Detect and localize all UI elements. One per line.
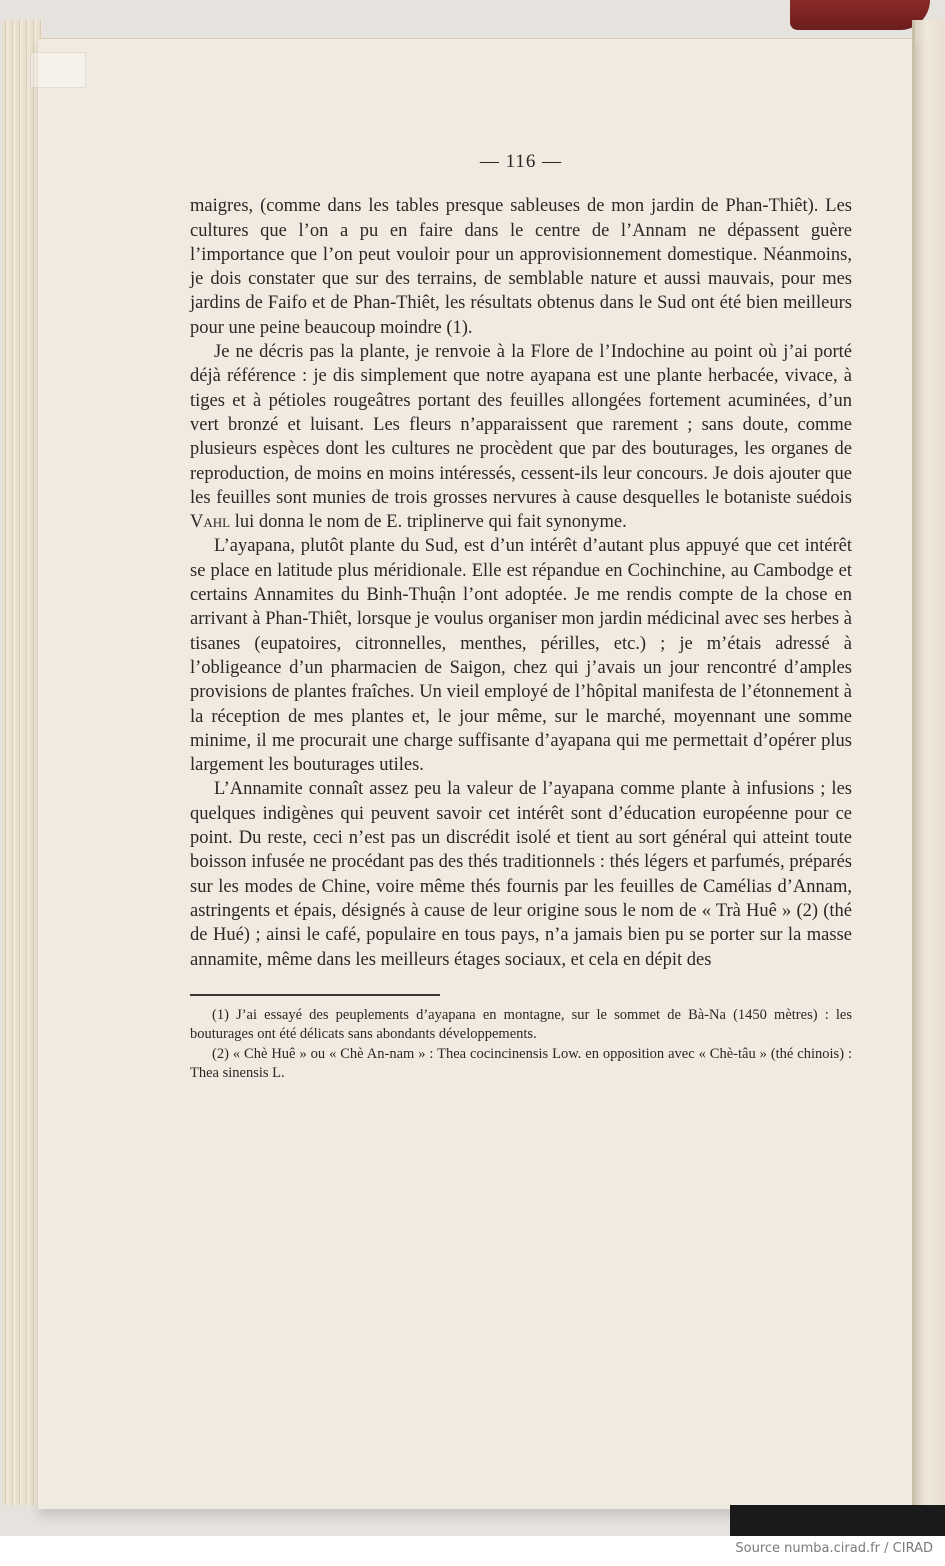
binding-shadow <box>730 1505 945 1536</box>
source-credit: Source numba.cirad.fr / CIRAD <box>735 1541 933 1556</box>
paragraph-text: Je ne décris pas la plante, je renvoie à… <box>190 342 852 508</box>
paragraph: Je ne décris pas la plante, je renvoie à… <box>190 340 852 534</box>
author-name: Vahl <box>190 512 230 532</box>
tape-mark <box>30 52 86 88</box>
book-cover-edge <box>790 0 930 30</box>
book-gutter <box>914 20 945 1508</box>
page-number: — 116 — <box>190 150 852 174</box>
paragraph: L’Annamite connaît assez peu la valeur d… <box>190 777 852 971</box>
page-text: — 116 — maigres, (comme dans les tables … <box>190 150 852 1084</box>
page-fold <box>912 20 915 1508</box>
paragraph-text: lui donna le nom de E. triplinerve qui f… <box>235 512 627 532</box>
paragraph: maigres, (comme dans les tables presque … <box>190 194 852 340</box>
footnote-rule <box>190 994 440 996</box>
footnote: (2) « Chè Huê » ou « Chè An-nam » : Thea… <box>190 1045 852 1084</box>
footnote: (1) J’ai essayé des peuplements d’ayapan… <box>190 1006 852 1045</box>
page-stack-edges <box>2 20 42 1505</box>
paragraph: L’ayapana, plutôt plante du Sud, est d’u… <box>190 534 852 777</box>
